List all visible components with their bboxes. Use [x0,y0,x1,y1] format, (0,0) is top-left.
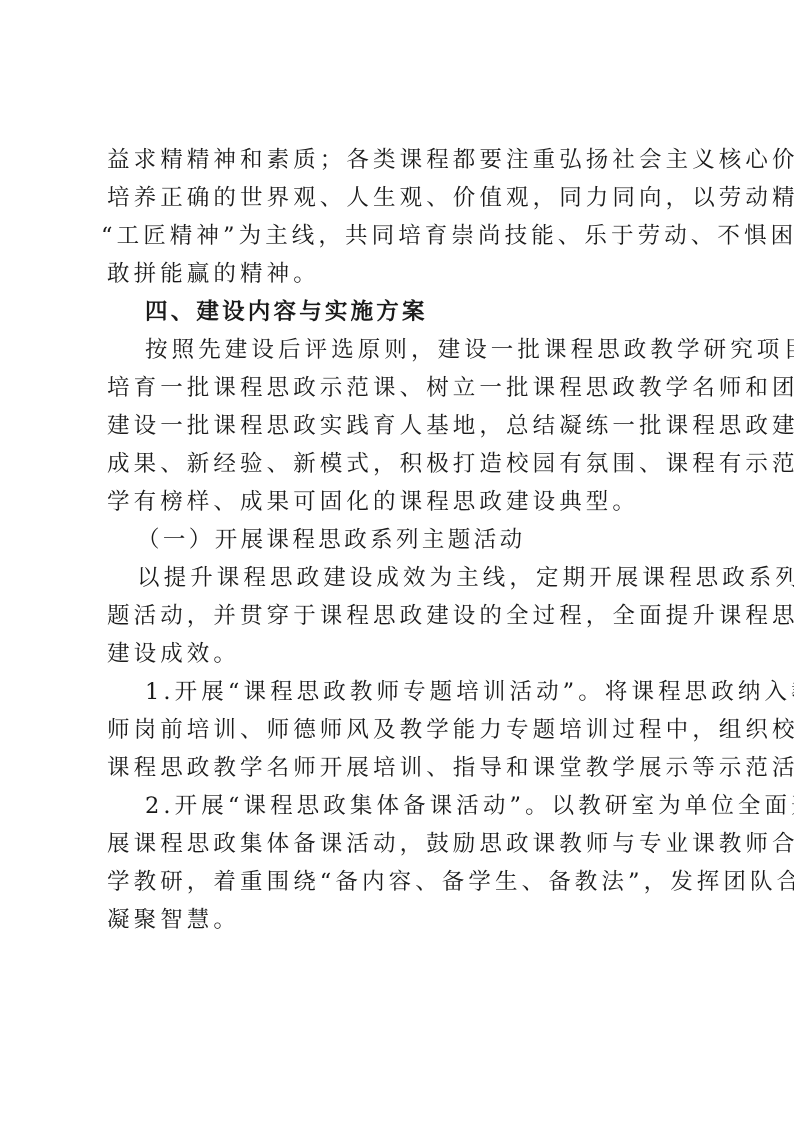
text-line: 成果、新经验、新模式，积极打造校园有氛围、课程有示范、教 [107,445,699,483]
text-line: 学教研，着重围绕“备内容、备学生、备教法”，发挥团队合力， [107,863,699,901]
section-heading: 四、建设内容与实施方案 [107,293,699,331]
section-heading-text: 四、建设内容与实施方案 [107,293,699,331]
paragraph-theme-activities: 以提升课程思政建设成效为主线，定期开展课程思政系列主 题活动，并贯穿于课程思政建… [107,559,699,673]
document-page: 益求精精神和素质；各类课程都要注重弘扬社会主义核心价值观， 培养正确的世界观、人… [107,141,699,939]
subsection-heading-text: （一）开展课程思政系列主题活动 [107,521,699,559]
subsection-heading: （一）开展课程思政系列主题活动 [107,521,699,559]
text-line: 学有榜样、成果可固化的课程思政建设典型。 [107,483,699,521]
text-line: 按照先建设后评选原则，建设一批课程思政教学研究项目、 [107,331,699,369]
text-line: 益求精精神和素质；各类课程都要注重弘扬社会主义核心价值观， [107,141,699,179]
text-line: 课程思政教学名师开展培训、指导和课堂教学展示等示范活动。 [107,749,699,787]
text-line: 1.开展“课程思政教师专题培训活动”。将课程思政纳入教 [107,673,699,711]
paragraph-principle: 按照先建设后评选原则，建设一批课程思政教学研究项目、 培育一批课程思政示范课、树… [107,331,699,521]
paragraph-continuation: 益求精精神和素质；各类课程都要注重弘扬社会主义核心价值观， 培养正确的世界观、人… [107,141,699,293]
text-line: 建设一批课程思政实践育人基地，总结凝练一批课程思政建设新 [107,407,699,445]
text-line: 建设成效。 [107,635,699,673]
paragraph-item-1: 1.开展“课程思政教师专题培训活动”。将课程思政纳入教 师岗前培训、师德师风及教… [107,673,699,787]
text-line: 2.开展“课程思政集体备课活动”。以教研室为单位全面开 [107,787,699,825]
text-line: “工匠精神”为主线，共同培育崇尚技能、乐于劳动、不惧困难、 [101,217,699,255]
text-line: 凝聚智慧。 [107,901,699,939]
text-line: 培养正确的世界观、人生观、价值观，同力同向，以劳动精神、 [107,179,699,217]
text-line: 题活动，并贯穿于课程思政建设的全过程，全面提升课程思政的 [107,597,699,635]
text-line: 展课程思政集体备课活动，鼓励思政课教师与专业课教师合作教 [107,825,699,863]
text-line: 以提升课程思政建设成效为主线，定期开展课程思政系列主 [107,559,699,597]
text-line: 师岗前培训、师德师风及教学能力专题培训过程中，组织校内外 [107,711,699,749]
text-line: 培育一批课程思政示范课、树立一批课程思政教学名师和团队、 [107,369,699,407]
text-line: 敢拼能赢的精神。 [107,255,699,293]
paragraph-item-2: 2.开展“课程思政集体备课活动”。以教研室为单位全面开 展课程思政集体备课活动，… [107,787,699,939]
